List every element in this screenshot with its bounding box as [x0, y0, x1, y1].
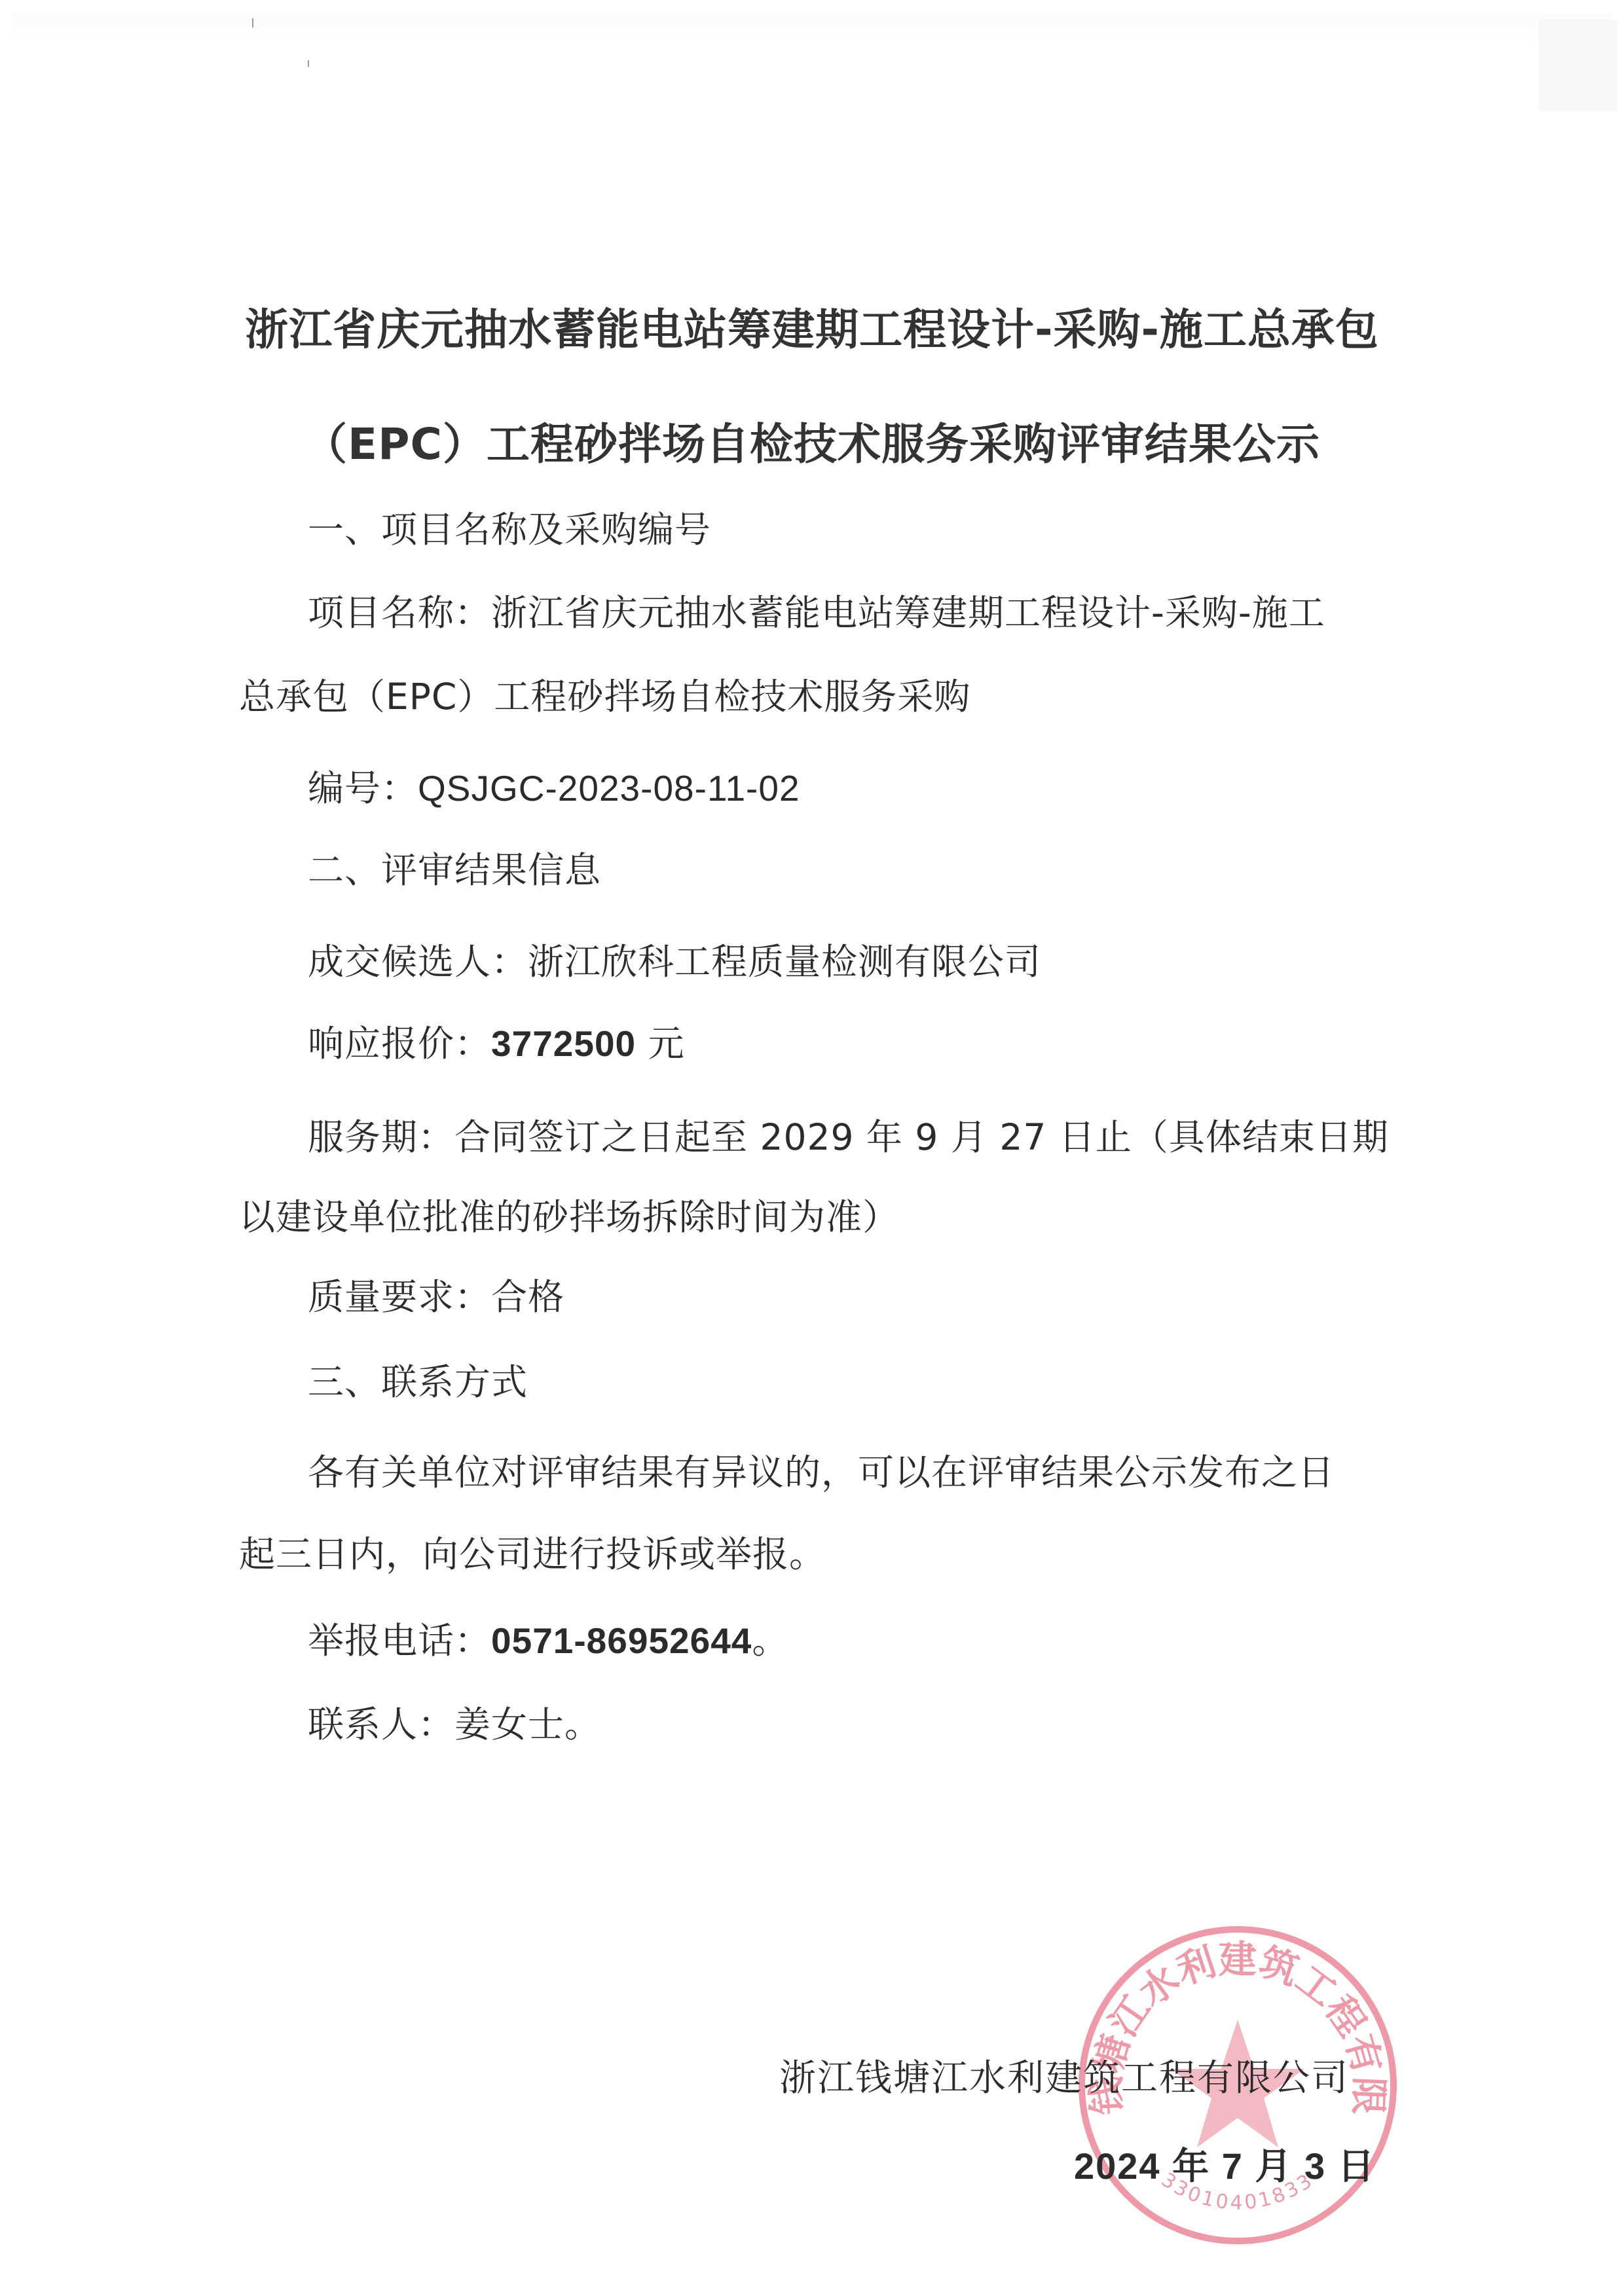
signature-date: 2024 年 7 月 3 日 [1074, 2138, 1376, 2190]
project-code: 编号：QSJGC-2023-08-11-02 [308, 759, 800, 811]
service-period-line-2: 以建设单位批准的砂拌场拆除时间为准） [239, 1188, 899, 1240]
signature-company: 浙江钱塘江水利建筑工程有限公司 [779, 2049, 1349, 2102]
phone-label: 举报电话： [308, 1620, 491, 1662]
quality-label: 质量要求： [308, 1276, 491, 1318]
price-label: 响应报价： [308, 1023, 491, 1065]
scan-artifact-corner [1539, 20, 1617, 111]
contact-value: 姜女士。 [454, 1704, 601, 1745]
contact-person: 联系人：姜女士。 [308, 1696, 601, 1747]
service-period-line-1: 服务期：合同签订之日起至 2029 年 9 月 27 日止（具体结束日期 [308, 1108, 1389, 1160]
contact-label: 联系人： [308, 1704, 454, 1745]
project-name-line-1: 项目名称：浙江省庆元抽水蓄能电站筹建期工程设计-采购-施工 [308, 584, 1325, 636]
price-unit: 元 [636, 1023, 684, 1065]
document-title-line-2: （EPC）工程砂拌场自检技术服务采购评审结果公示 [0, 409, 1624, 471]
response-price: 响应报价：3772500 元 [308, 1015, 685, 1066]
document-title-line-1: 浙江省庆元抽水蓄能电站筹建期工程设计-采购-施工总承包 [0, 295, 1624, 357]
scan-mark [252, 18, 253, 27]
section-1-heading: 一、项目名称及采购编号 [308, 501, 711, 553]
price-value: 3772500 [491, 1023, 636, 1064]
candidate-value: 浙江欣科工程质量检测有限公司 [528, 941, 1041, 983]
section-2-heading: 二、评审结果信息 [308, 841, 601, 893]
quality-value: 合格 [491, 1276, 564, 1318]
phone-value: 0571-86952644 [491, 1620, 752, 1661]
objection-line-1: 各有关单位对评审结果有异议的，可以在评审结果公示发布之日 [308, 1444, 1335, 1495]
report-phone: 举报电话：0571-86952644。 [308, 1612, 788, 1664]
objection-line-2: 起三日内，向公司进行投诉或举报。 [239, 1525, 826, 1577]
project-code-value: QSJGC-2023-08-11-02 [418, 768, 800, 809]
candidate-label: 成交候选人： [308, 941, 528, 983]
candidate: 成交候选人：浙江欣科工程质量检测有限公司 [308, 933, 1041, 985]
quality-requirement: 质量要求：合格 [308, 1268, 564, 1320]
phone-end: 。 [752, 1620, 788, 1662]
scan-mark [308, 60, 309, 67]
section-3-heading: 三、联系方式 [308, 1353, 528, 1405]
project-code-label: 编号： [308, 767, 418, 809]
project-name-line-2: 总承包（EPC）工程砂拌场自检技术服务采购 [239, 668, 970, 720]
